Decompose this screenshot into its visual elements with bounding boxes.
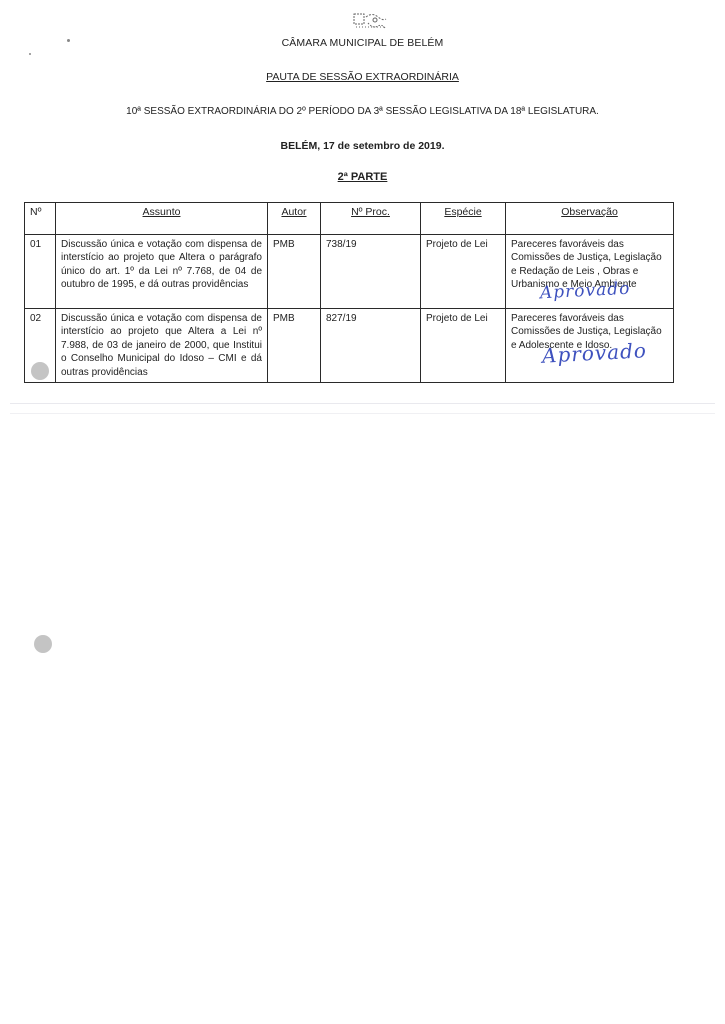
agenda-table: Nº Assunto Autor Nº Proc. Espécie Observ…: [24, 202, 674, 383]
city-date: BELÉM, 17 de setembro de 2019.: [0, 140, 725, 152]
observacao-text: Pareceres favoráveis das Comissões de Ju…: [511, 313, 662, 351]
scan-artifact-line: [10, 403, 715, 404]
cell-num: 01: [25, 235, 56, 309]
column-header-observacao: Observação: [506, 203, 674, 235]
part-heading: 2ª PARTE: [0, 171, 725, 183]
coat-of-arms-icon: [351, 11, 391, 33]
scan-artifact-line: [10, 413, 715, 414]
column-header-autor: Autor: [268, 203, 321, 235]
scan-speck: [67, 39, 70, 42]
column-header-especie: Espécie: [421, 203, 506, 235]
punch-hole: [34, 635, 52, 653]
table-row: 01 Discussão única e votação com dispens…: [25, 235, 674, 309]
cell-proc: 827/19: [321, 309, 421, 383]
table-row: 02 Discussão única e votação com dispens…: [25, 309, 674, 383]
punch-hole: [31, 362, 49, 380]
session-description: 10ª SESSÃO EXTRAORDINÁRIA DO 2º PERÍODO …: [0, 106, 725, 117]
cell-autor: PMB: [268, 235, 321, 309]
cell-observacao: Pareceres favoráveis das Comissões de Ju…: [506, 235, 674, 309]
document-title: PAUTA DE SESSÃO EXTRAORDINÁRIA: [0, 71, 725, 83]
scan-speck: [29, 53, 31, 55]
cell-assunto: Discussão única e votação com dispensa d…: [56, 309, 268, 383]
cell-especie: Projeto de Lei: [421, 309, 506, 383]
observacao-text: Pareceres favoráveis das Comissões de Ju…: [511, 239, 662, 290]
table-header-row: Nº Assunto Autor Nº Proc. Espécie Observ…: [25, 203, 674, 235]
column-header-proc: Nº Proc.: [321, 203, 421, 235]
column-header-assunto: Assunto: [56, 203, 268, 235]
cell-proc: 738/19: [321, 235, 421, 309]
cell-observacao: Pareceres favoráveis das Comissões de Ju…: [506, 309, 674, 383]
cell-especie: Projeto de Lei: [421, 235, 506, 309]
cell-assunto: Discussão única e votação com dispensa d…: [56, 235, 268, 309]
institution-name: CÂMARA MUNICIPAL DE BELÉM: [0, 37, 725, 49]
column-header-num: Nº: [25, 203, 56, 235]
cell-autor: PMB: [268, 309, 321, 383]
